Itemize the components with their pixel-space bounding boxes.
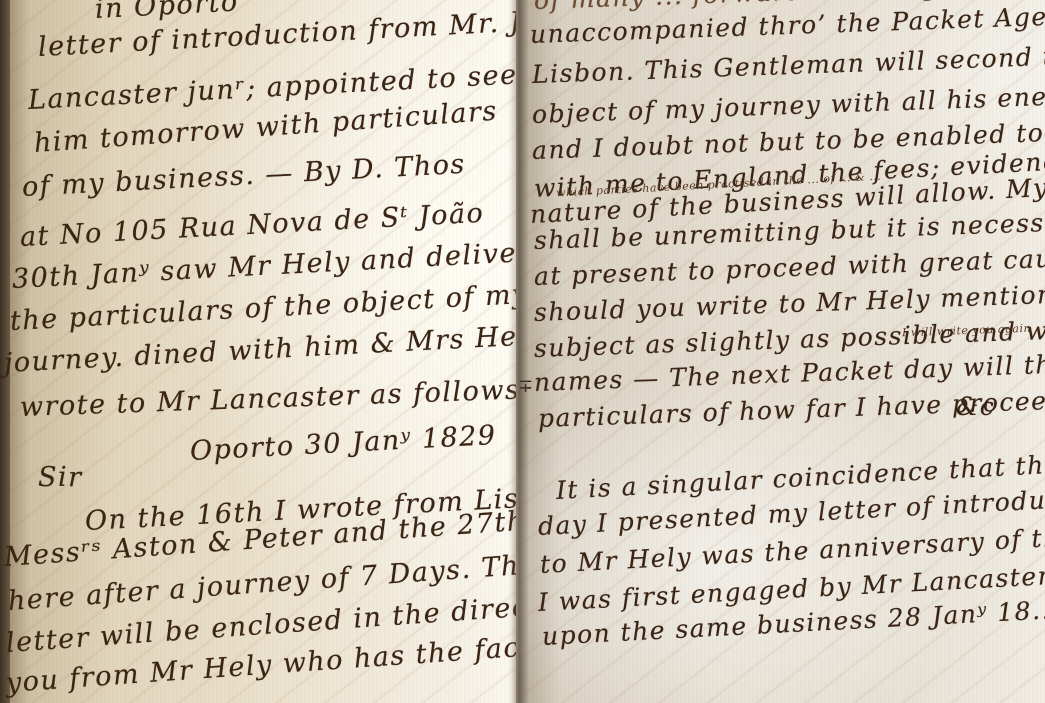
left-line-5: of my business. — By D. Thos <box>21 149 466 203</box>
manuscript-spread: in Oporto letter of introduction from Mr… <box>0 0 1045 703</box>
left-line-salutation: Sir <box>38 462 83 493</box>
left-line-10: wrote to Mr Lancaster as follows <box>19 375 516 423</box>
book-gutter <box>508 0 528 703</box>
left-line-dateline: Oporto 30 Janʸ 1829 <box>189 420 497 467</box>
left-page: in Oporto letter of introduction from Mr… <box>0 0 516 703</box>
right-page: of many ... forwarded to England unaccom… <box>516 0 1045 703</box>
right-line-3: Lisbon. This Gentleman will second the <box>531 41 1045 89</box>
right-line-etc: &c <box>956 392 995 421</box>
left-line-1: in Oporto <box>94 0 239 25</box>
